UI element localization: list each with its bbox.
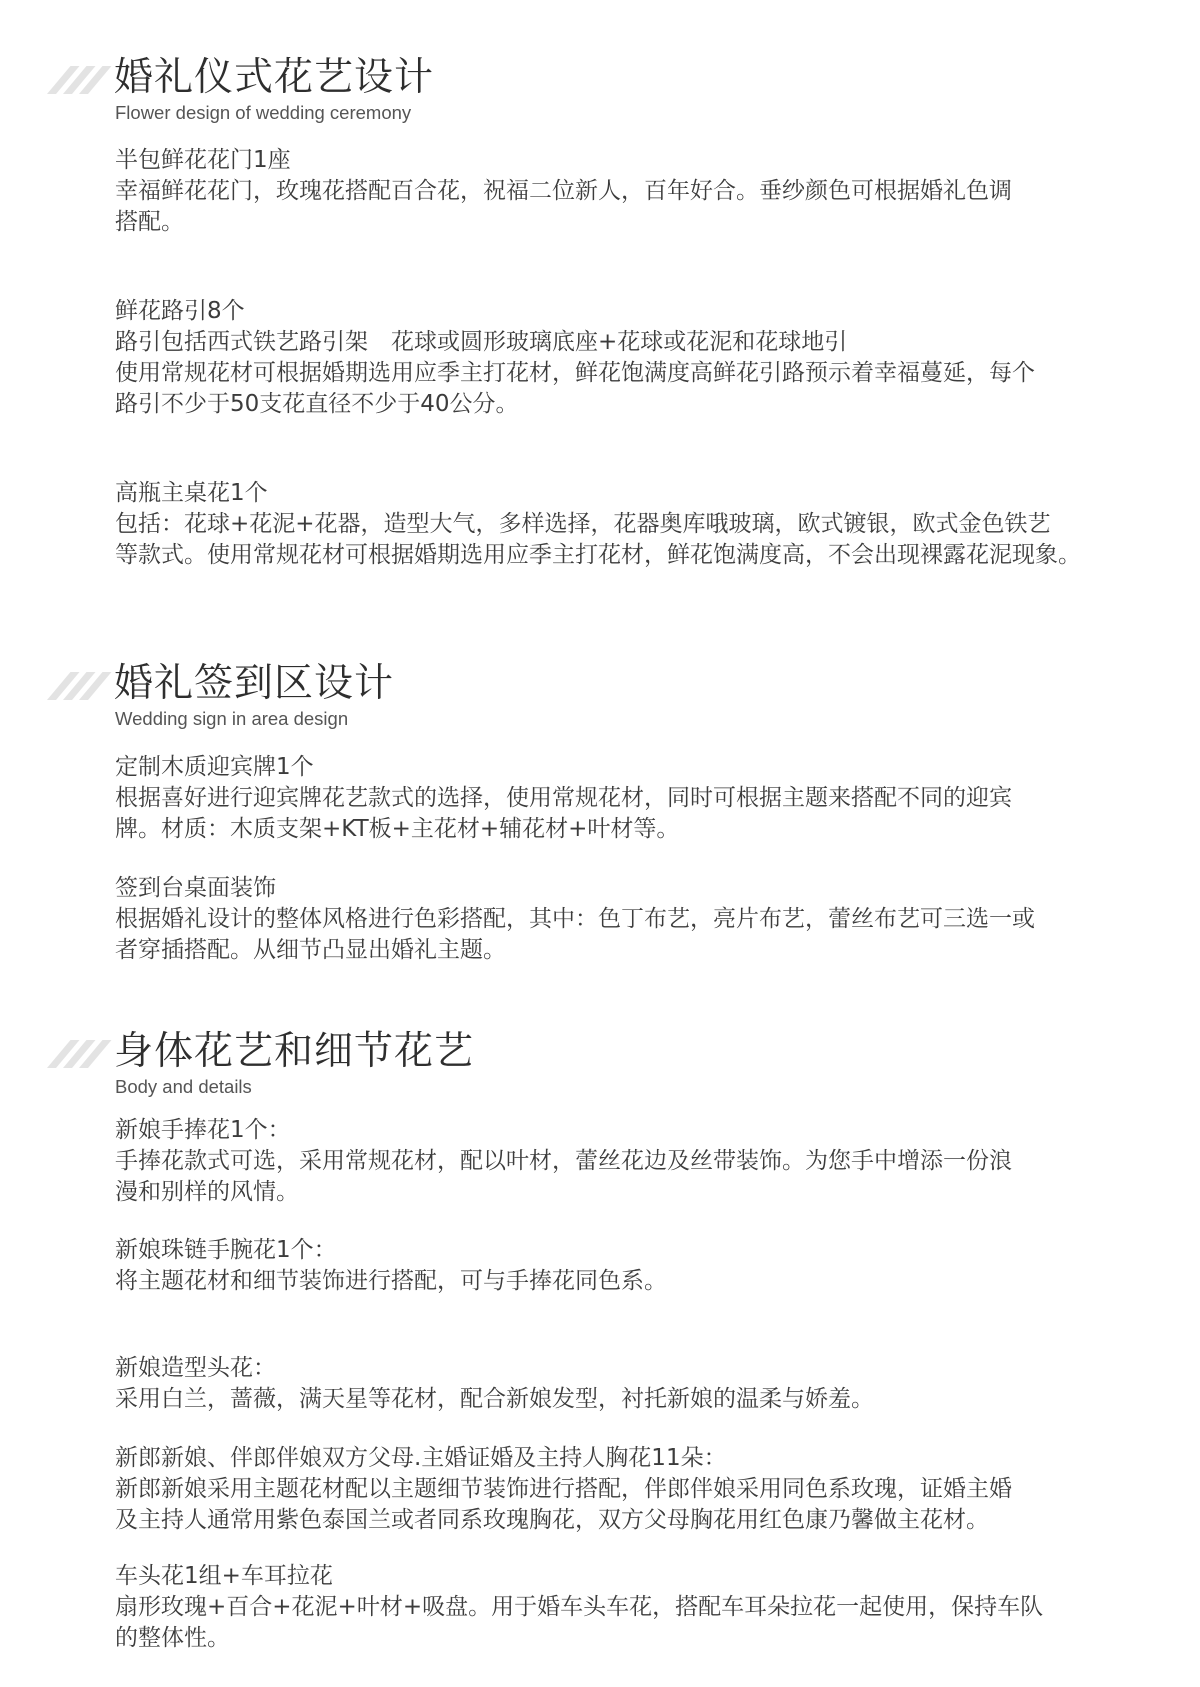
item-text: 根据喜好进行迎宾牌花艺款式的选择，使用常规花材，同时可根据主题来搭配不同的迎宾 [115,783,1175,814]
item-label: 新娘造型头花： [115,1353,1175,1384]
section-title: 身体花艺和细节花艺 [114,1028,474,1076]
item-label: 签到台桌面装饰 [115,873,1175,904]
list-item: 高瓶主桌花1个 包括：花球+花泥+花器，造型大气，多样选择，花器奥库哦玻璃，欧式… [115,478,1175,571]
item-text: 采用白兰，蔷薇，满天星等花材，配合新娘发型，衬托新娘的温柔与娇羞。 [115,1384,1175,1415]
item-text: 者穿插搭配。从细节凸显出婚礼主题。 [115,935,1175,966]
item-text: 路引包括西式铁艺路引架 花球或圆形玻璃底座+花球或花泥和花球地引 [115,327,1175,358]
list-item: 新娘造型头花： 采用白兰，蔷薇，满天星等花材，配合新娘发型，衬托新娘的温柔与娇羞… [115,1353,1175,1415]
section-header-sign-in: 婚礼签到区设计 Wedding sign in area design [0,666,1200,736]
item-text: 牌。材质：木质支架+KT板+主花材+辅花材+叶材等。 [115,814,1175,845]
item-text: 漫和别样的风情。 [115,1177,1175,1208]
item-text: 的整体性。 [115,1623,1175,1654]
item-text: 手捧花款式可选，采用常规花材，配以叶材，蕾丝花边及丝带装饰。为您手中增添一份浪 [115,1146,1175,1177]
section-subtitle: Body and details [115,1076,252,1098]
section-title: 婚礼仪式花艺设计 [114,54,434,102]
item-text: 新郎新娘采用主题花材配以主题细节装饰进行搭配，伴郎伴娘采用同色系玫瑰，证婚主婚 [115,1474,1175,1505]
item-label: 新娘手捧花1个： [115,1115,1175,1146]
item-text: 路引不少于50支花直径不少于40公分。 [115,389,1175,420]
item-text: 根据婚礼设计的整体风格进行色彩搭配，其中：色丁布艺，亮片布艺，蕾丝布艺可三选一或 [115,904,1175,935]
item-label: 鲜花路引8个 [115,296,1175,327]
item-text: 等款式。使用常规花材可根据婚期选用应季主打花材，鲜花饱满度高，不会出现裸露花泥现… [115,540,1175,571]
section-header-body-details: 身体花艺和细节花艺 Body and details [0,1034,1200,1104]
list-item: 新郎新娘、伴郎伴娘双方父母.主婚证婚及主持人胸花11朵： 新郎新娘采用主题花材配… [115,1443,1175,1536]
item-label: 半包鲜花花门1座 [115,145,1175,176]
diagonal-stripes-icon [37,1040,99,1068]
item-label: 定制木质迎宾牌1个 [115,752,1175,783]
item-text: 幸福鲜花花门，玫瑰花搭配百合花，祝福二位新人，百年好合。垂纱颜色可根据婚礼色调 [115,176,1175,207]
list-item: 车头花1组+车耳拉花 扇形玫瑰+百合+花泥+叶材+吸盘。用于婚车头车花，搭配车耳… [115,1561,1175,1654]
diagonal-stripes-icon [37,66,99,94]
section-subtitle: Wedding sign in area design [115,708,348,730]
item-text: 搭配。 [115,207,1175,238]
diagonal-stripes-icon [37,672,99,700]
list-item: 签到台桌面装饰 根据婚礼设计的整体风格进行色彩搭配，其中：色丁布艺，亮片布艺，蕾… [115,873,1175,966]
item-label: 新娘珠链手腕花1个： [115,1235,1175,1266]
item-label: 高瓶主桌花1个 [115,478,1175,509]
section-subtitle: Flower design of wedding ceremony [115,102,411,124]
section-title: 婚礼签到区设计 [114,660,394,708]
list-item: 半包鲜花花门1座 幸福鲜花花门，玫瑰花搭配百合花，祝福二位新人，百年好合。垂纱颜… [115,145,1175,238]
list-item: 定制木质迎宾牌1个 根据喜好进行迎宾牌花艺款式的选择，使用常规花材，同时可根据主… [115,752,1175,845]
section-header-ceremony: 婚礼仪式花艺设计 Flower design of wedding ceremo… [0,60,1200,130]
item-text: 扇形玫瑰+百合+花泥+叶材+吸盘。用于婚车头车花，搭配车耳朵拉花一起使用，保持车… [115,1592,1175,1623]
list-item: 新娘手捧花1个： 手捧花款式可选，采用常规花材，配以叶材，蕾丝花边及丝带装饰。为… [115,1115,1175,1208]
item-label: 新郎新娘、伴郎伴娘双方父母.主婚证婚及主持人胸花11朵： [115,1443,1175,1474]
item-label: 车头花1组+车耳拉花 [115,1561,1175,1592]
item-text: 包括：花球+花泥+花器，造型大气，多样选择，花器奥库哦玻璃，欧式镀银，欧式金色铁… [115,509,1175,540]
item-text: 使用常规花材可根据婚期选用应季主打花材，鲜花饱满度高鲜花引路预示着幸福蔓延，每个 [115,358,1175,389]
item-text: 将主题花材和细节装饰进行搭配，可与手捧花同色系。 [115,1266,1175,1297]
list-item: 鲜花路引8个 路引包括西式铁艺路引架 花球或圆形玻璃底座+花球或花泥和花球地引 … [115,296,1175,420]
item-text: 及主持人通常用紫色泰国兰或者同系玫瑰胸花，双方父母胸花用红色康乃馨做主花材。 [115,1505,1175,1536]
list-item: 新娘珠链手腕花1个： 将主题花材和细节装饰进行搭配，可与手捧花同色系。 [115,1235,1175,1297]
